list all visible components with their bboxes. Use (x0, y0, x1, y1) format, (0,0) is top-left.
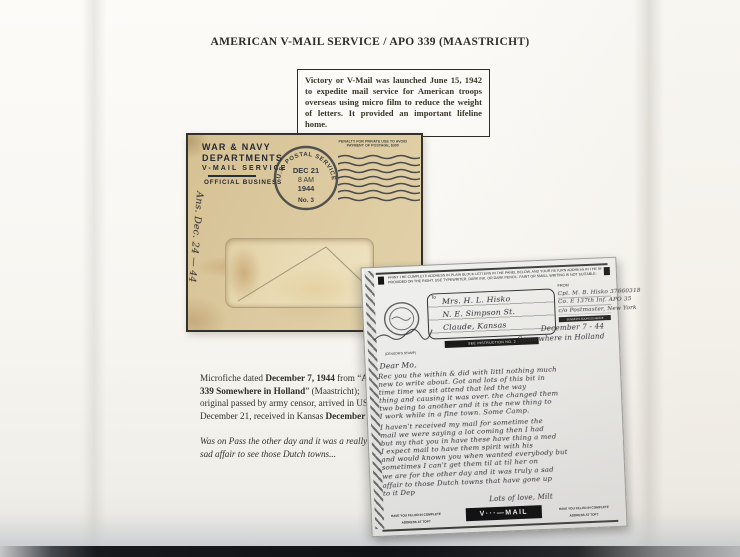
text-run: December 7, 1944 (265, 373, 334, 383)
sender-address-handwriting: Cpl. M. B. Hisko 37660318Co. E 137th Inf… (558, 288, 612, 315)
envelope-window (225, 238, 374, 308)
letter-dateline: December 7 - 44 Somewhere in Holland (517, 321, 605, 345)
penalty-line: PAYMENT OF POSTAGE, $300 (327, 144, 419, 148)
form-corner-mark (378, 277, 384, 285)
page-left-shadow (82, 0, 106, 557)
vmail-letter: PRINT THE COMPLETE ADDRESS IN PLAIN BLOC… (360, 257, 627, 537)
censor-stamp (371, 291, 435, 352)
exhibit-page-photo: AMERICAN V-MAIL SERVICE / APO 339 (MAAST… (0, 0, 740, 557)
footer-text: HAVE YOU FILLED IN COMPLETE (559, 506, 609, 511)
postmark-year: 1944 (298, 184, 316, 193)
sender-panel: FROM Cpl. M. B. Hisko 37660318Co. E 137t… (557, 282, 612, 322)
text-run: from “ (335, 373, 362, 383)
vmail-logo: V···—MAIL (466, 505, 542, 521)
censor-label-text: (CENSOR'S STAMP) (384, 352, 415, 357)
text-run: Microfiche dated (200, 373, 265, 383)
caption-paragraph: Microfiche dated December 7, 1944 from “… (200, 372, 381, 422)
cancellation-wavy-lines (338, 153, 420, 203)
photo-bottom-edge (0, 546, 740, 557)
intro-text-box: Victory or V-Mail was launched June 15, … (297, 69, 490, 137)
form-corner-mark (604, 267, 610, 275)
corner-card-rule (208, 175, 256, 177)
text-line: c/o Postmaster, New York (558, 305, 611, 316)
postmark-station: No. 3 (298, 197, 314, 204)
postmark-time: 8 AM (298, 177, 314, 184)
letter-body-paragraph-1: Rec you the within & did with littl noth… (378, 363, 612, 421)
footer-reminder-left: HAVE YOU FILLED IN COMPLETE ADDRESS AT T… (380, 511, 452, 527)
intro-text: Victory or V-Mail was launched June 15, … (305, 75, 482, 129)
censor-stamp-label: (CENSOR'S STAMP) (369, 350, 431, 359)
caption-block: Microfiche dated December 7, 1944 from “… (200, 372, 381, 461)
footer-reminder-right: HAVE YOU FILLED IN COMPLETE ADDRESS AT T… (548, 504, 620, 520)
postmark-stamp: U.S. POSTAL SERVICE DEC 21 8 AM 1944 No.… (272, 144, 340, 212)
footer-text: HAVE YOU FILLED IN COMPLETE (391, 513, 441, 518)
footer-text: ADDRESS AT TOP? (569, 513, 598, 518)
letter-closing: Lots of love, Milt (489, 493, 553, 504)
letter-body-paragraph-2: I haven't received my mail for sometime … (380, 414, 614, 480)
footer-text: ADDRESS AT TOP? (402, 520, 431, 525)
docket-note-handwriting: Ans. Dec. 24 — 44 (182, 191, 205, 331)
see-instruction-text: SEE INSTRUCTION NO. 2 (468, 340, 516, 345)
postmark-date: DEC 21 (293, 166, 319, 175)
caption-quote: Was on Pass the other day and it was a r… (200, 435, 381, 460)
to-label: To (431, 295, 436, 300)
page-title: AMERICAN V-MAIL SERVICE / APO 339 (MAAST… (0, 36, 740, 48)
letter-salutation: Dear Mo, (379, 360, 416, 371)
sender-bar-text: SENDER'S ADDRESS ABOVE (566, 317, 603, 321)
page-right-shadow (634, 0, 664, 557)
from-label: FROM (557, 283, 592, 288)
